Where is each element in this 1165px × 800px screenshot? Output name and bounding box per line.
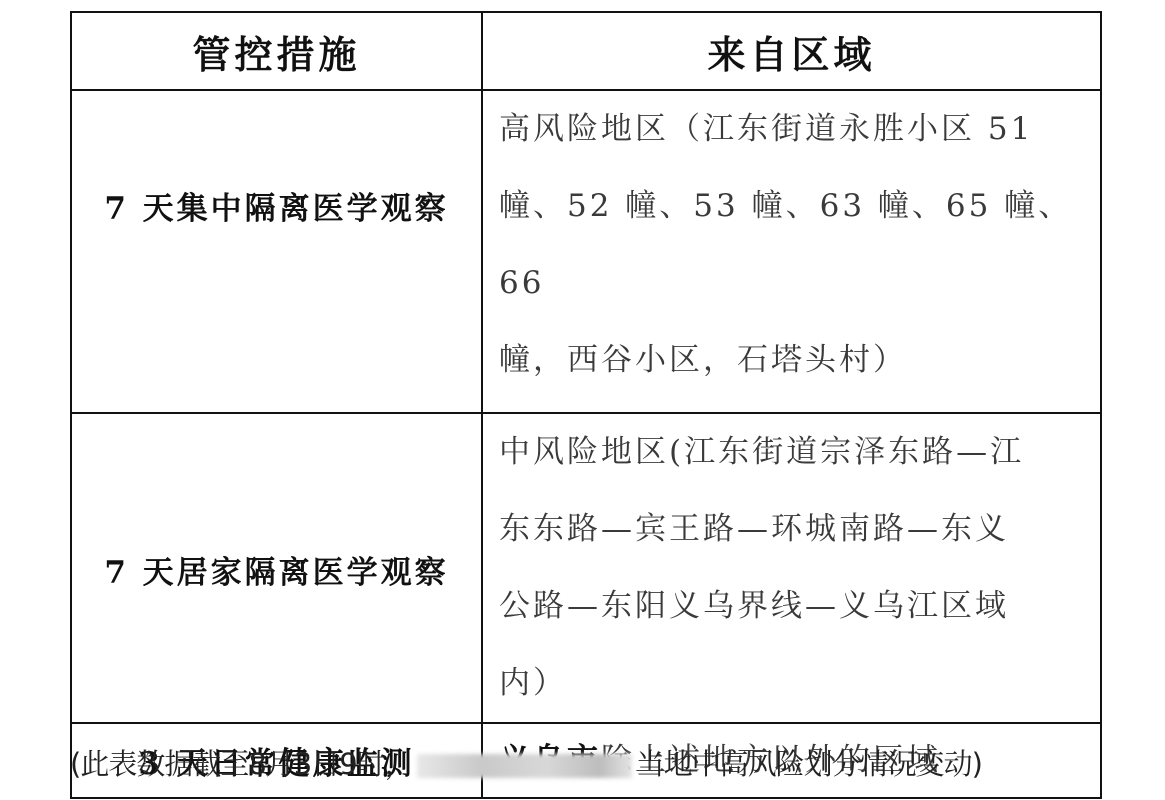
table-row: 7 天居家隔离医学观察 中风险地区(江东街道宗泽东路—江 东东路—宾王路—环城南… [71,413,1101,723]
region-line: 幢、52 幢、53 幢、63 幢、65 幢、66 [499,168,1086,322]
measure-cell: 7 天集中隔离医学观察 [71,90,482,413]
measure-cell: 7 天居家隔离医学观察 [71,413,482,723]
region-line: 东东路—宾王路—环城南路—东义 [499,491,1086,568]
region-line: 内） [499,645,1086,722]
region-line: 中风险地区(江东街道宗泽东路—江 [499,414,1086,491]
footnote: (此表数据截至8月3日9时，当地中高风险划分情况变动) [70,742,982,783]
header-region: 来自区域 [482,12,1101,90]
region-cell: 高风险地区（江东街道永胜小区 51 幢、52 幢、53 幢、63 幢、65 幢、… [482,90,1101,413]
redacted-text [417,754,632,778]
footnote-suffix: 当地中高风险划分情况变动) [636,747,982,781]
table-row: 7 天集中隔离医学观察 高风险地区（江东街道永胜小区 51 幢、52 幢、53 … [71,90,1101,413]
footnote-prefix: (此表数据截至8月3日9时， [70,747,413,781]
region-line: 高风险地区（江东街道永胜小区 51 [499,91,1086,168]
header-measure: 管控措施 [71,12,482,90]
table-header-row: 管控措施 来自区域 [71,12,1101,90]
region-cell: 中风险地区(江东街道宗泽东路—江 东东路—宾王路—环城南路—东义 公路—东阳义乌… [482,413,1101,723]
control-measures-table: 管控措施 来自区域 7 天集中隔离医学观察 高风险地区（江东街道永胜小区 51 … [70,11,1102,799]
region-line: 幢，西谷小区，石塔头村） [499,322,1086,399]
region-line: 公路—东阳义乌界线—义乌江区域 [499,568,1086,645]
